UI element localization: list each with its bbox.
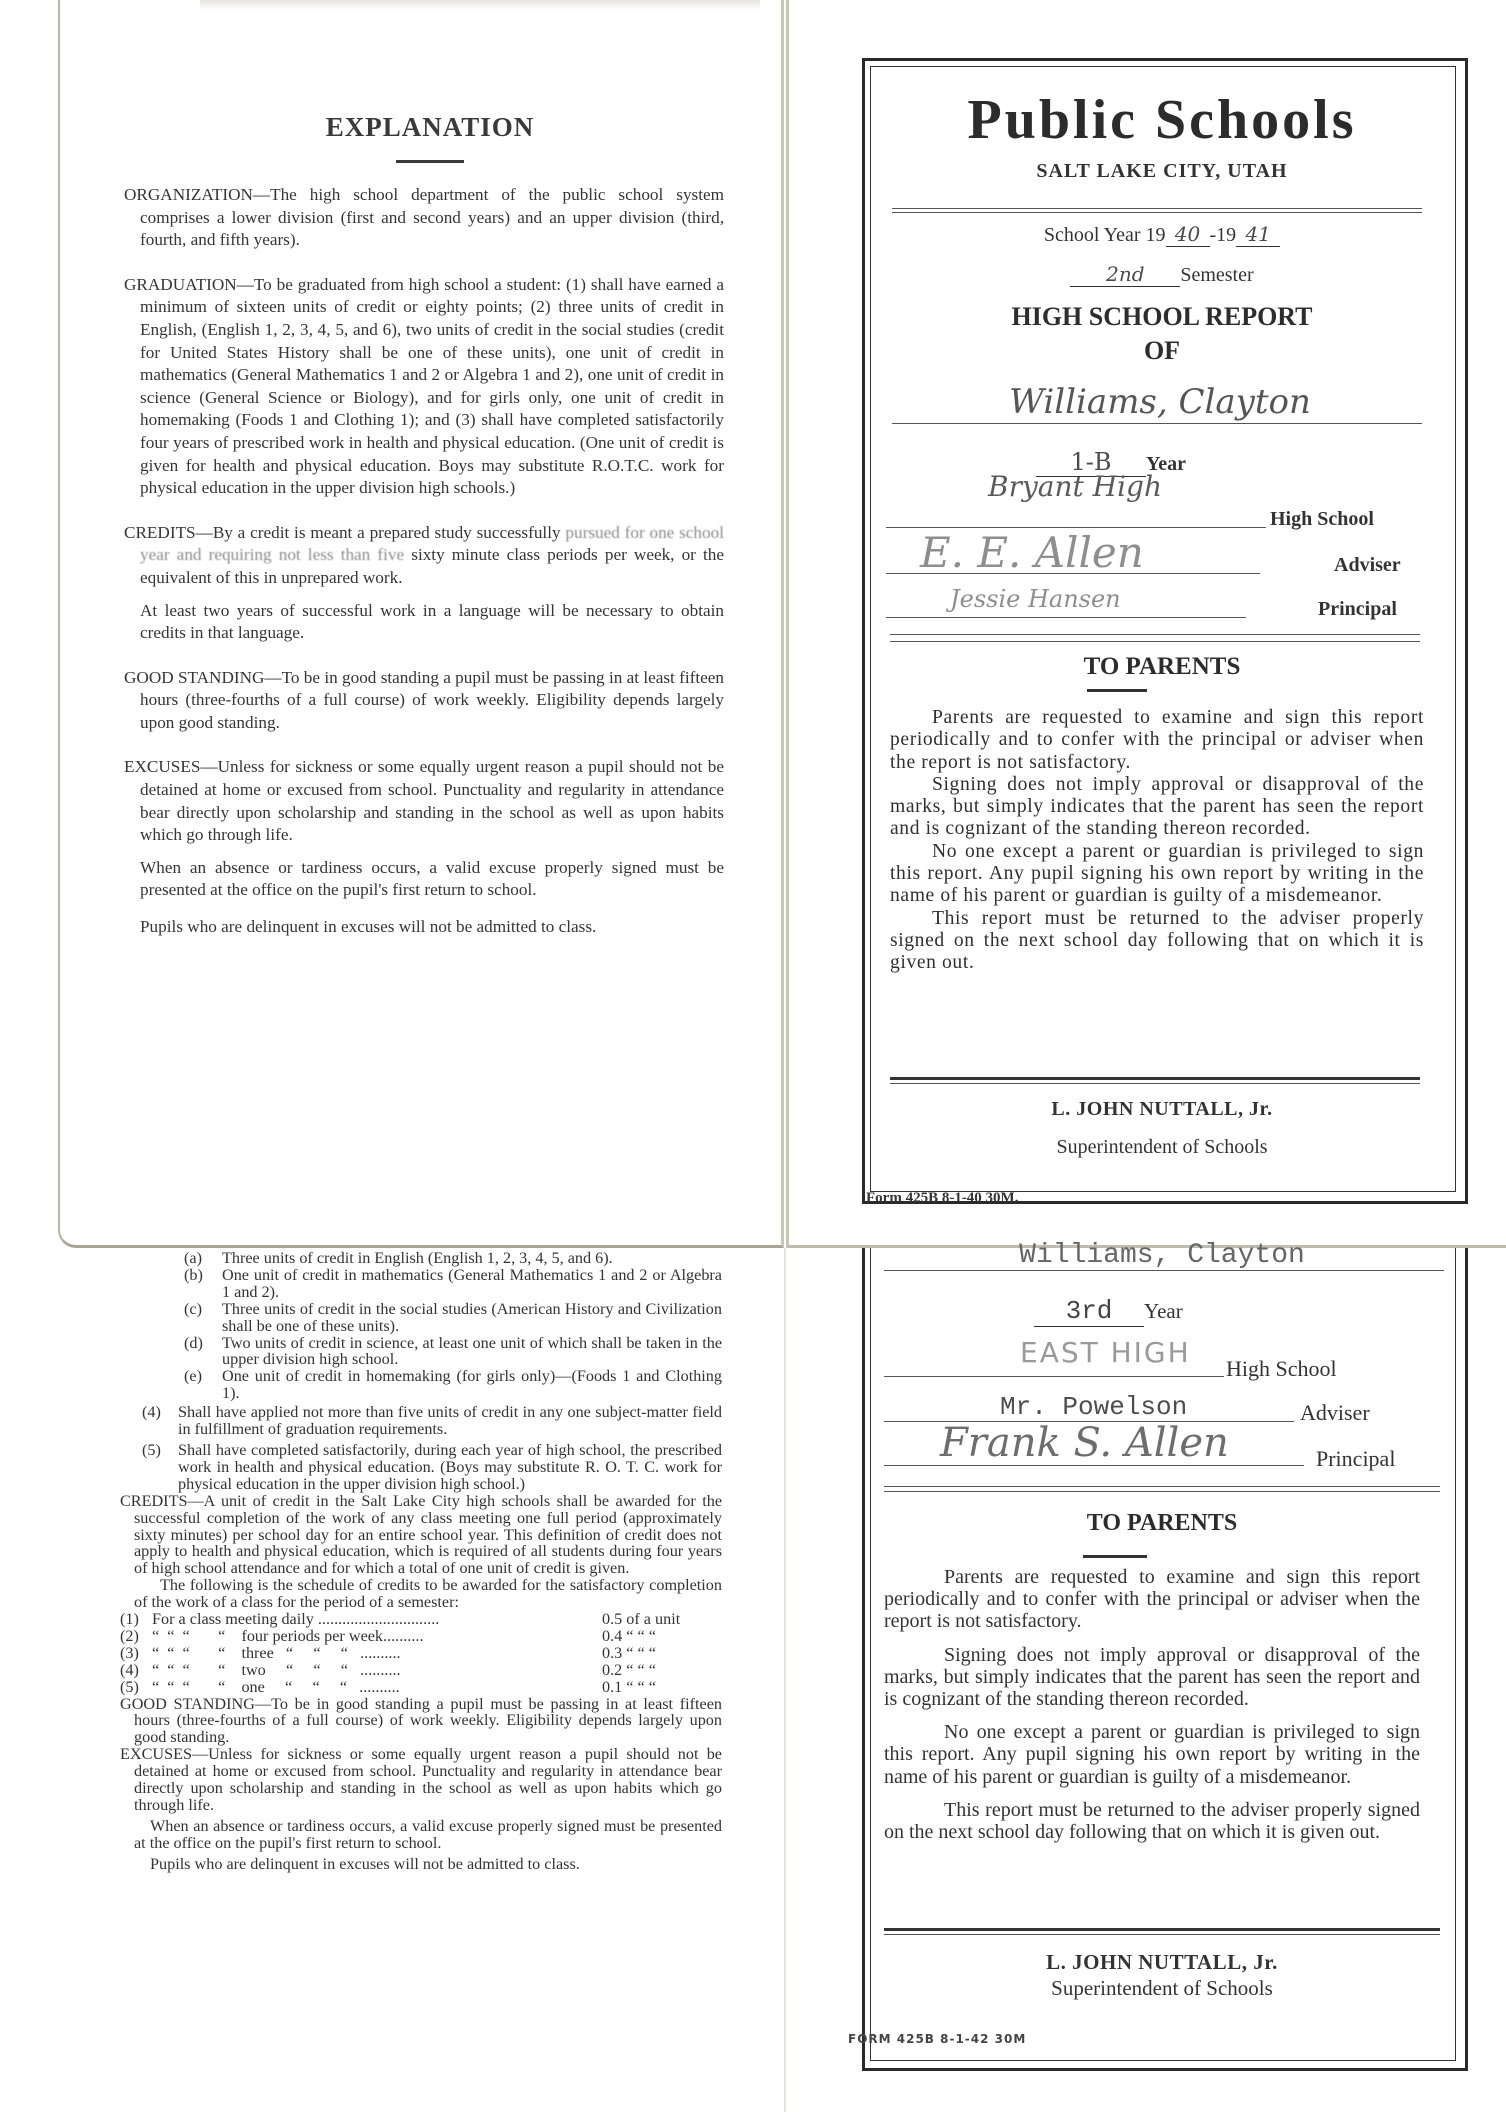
high-school-label: High School xyxy=(1270,508,1374,531)
credits-text-line1: By a credit is meant a prepared study su… xyxy=(213,523,561,542)
organization-section: ORGANIZATION—The high school department … xyxy=(124,184,724,252)
requirement-e: (e)One unit of credit in homemaking (for… xyxy=(120,1368,722,1402)
credits-heading-2: CREDITS xyxy=(120,1492,187,1510)
schedule-row: (5)“ “ “ “ one “ “ “ ..........0.1 “ “ “ xyxy=(120,1679,722,1696)
superintendent-name-2: L. JOHN NUTTALL, Jr. xyxy=(870,1950,1454,1975)
principal-line-2 xyxy=(884,1465,1304,1466)
credits-heading: CREDITS xyxy=(124,523,196,542)
student-name-line xyxy=(892,423,1422,424)
to-parents-rule-2 xyxy=(1083,1555,1147,1558)
explanation-title: EXPLANATION xyxy=(120,112,740,143)
semester-label: Semester xyxy=(1180,264,1253,286)
student-name-line-2 xyxy=(884,1270,1444,1271)
school-year-row: School Year 1940-1941 xyxy=(870,222,1454,247)
high-school-label-2: High School xyxy=(1226,1356,1337,1382)
school-name-field: Bryant High xyxy=(988,470,1162,503)
footer-double-rule xyxy=(890,1077,1420,1084)
header-rule xyxy=(892,208,1422,209)
good-standing-section: GOOD STANDING—To be in good standing a p… xyxy=(124,667,724,735)
adviser-label-2: Adviser xyxy=(1300,1400,1370,1426)
section-rule-4 xyxy=(884,1491,1440,1492)
requirement-4: (4)Shall have applied not more than five… xyxy=(120,1404,722,1438)
form-number-2: FORM 425B 8-1-42 30M xyxy=(848,2032,1026,2046)
form-number: Form 425B 8-1-40 30M. xyxy=(866,1190,1018,1207)
excuses-text: Unless for sickness or some equally urge… xyxy=(140,757,724,844)
year-field-2: 3rd xyxy=(1034,1296,1144,1327)
principal-signature-2: Frank S. Allen xyxy=(940,1420,1229,1466)
parents-paragraph-2: Signing does not imply approval or disap… xyxy=(890,774,1424,841)
excuses-section: EXCUSES—Unless for sickness or some equa… xyxy=(124,756,724,846)
parents-paragraph-1: Parents are requested to examine and sig… xyxy=(890,707,1424,774)
student-name-typed: Williams, Clayton xyxy=(870,1240,1454,1271)
good-standing-heading: GOOD STANDING xyxy=(124,668,264,687)
to-parents-rule xyxy=(1087,689,1147,692)
parents-paragraph-1: Parents are requested to examine and sig… xyxy=(884,1566,1420,1633)
location-subtitle: SALT LAKE CITY, UTAH xyxy=(870,160,1454,183)
to-parents-heading: TO PARENTS xyxy=(870,653,1454,681)
absence-note: When an absence or tardiness occurs, a v… xyxy=(124,857,724,902)
report-heading: HIGH SCHOOL REPORT xyxy=(870,302,1454,332)
schedule-row: (2)“ “ “ “ four periods per week........… xyxy=(120,1628,722,1645)
principal-label-2: Principal xyxy=(1316,1446,1395,1472)
requirement-a: (a)Three units of credit in English (Eng… xyxy=(120,1250,722,1267)
good-standing-section-2: GOOD STANDING—To be in good standing a p… xyxy=(120,1696,722,1747)
requirements-body: (a)Three units of credit in English (Eng… xyxy=(120,1250,722,1873)
public-schools-title: Public Schools xyxy=(870,88,1454,152)
superintendent-name: L. JOHN NUTTALL, Jr. xyxy=(870,1098,1454,1121)
schedule-row: (4)“ “ “ “ two “ “ “ ..........0.2 “ “ “ xyxy=(120,1662,722,1679)
requirement-b: (b)One unit of credit in mathematics (Ge… xyxy=(120,1267,722,1301)
credits-definition: CREDITS—A unit of credit in the Salt Lak… xyxy=(120,1493,722,1578)
excuses-heading: EXCUSES xyxy=(124,757,200,776)
parents-paragraph-2: Signing does not imply approval or disap… xyxy=(884,1644,1420,1711)
to-parents-text-2: Parents are requested to examine and sig… xyxy=(884,1566,1420,1854)
superintendent-title: Superintendent of Schools xyxy=(870,1136,1454,1159)
section-rule-2 xyxy=(890,641,1420,642)
adviser-signature: E. E. Allen xyxy=(920,528,1144,577)
semester-row: 2ndSemester xyxy=(870,262,1454,287)
section-rule-1 xyxy=(890,634,1420,635)
fold-crease xyxy=(784,1248,786,2112)
student-name-field: Williams, Clayton xyxy=(960,382,1360,422)
parents-paragraph-3: No one except a parent or guardian is pr… xyxy=(890,841,1424,908)
adviser-typed: Mr. Powelson xyxy=(1000,1392,1187,1422)
organization-heading: ORGANIZATION xyxy=(124,185,253,204)
principal-line xyxy=(886,617,1246,618)
principal-label: Principal xyxy=(1318,598,1397,621)
absence-note-2: When an absence or tardiness occurs, a v… xyxy=(120,1818,722,1852)
principal-signature: Jessie Hansen xyxy=(950,585,1121,613)
year-label-2: Year xyxy=(1144,1299,1183,1323)
schedule-row: (1)For a class meeting daily ...........… xyxy=(120,1611,722,1628)
requirement-d: (d)Two units of credit in science, at le… xyxy=(120,1335,722,1369)
schedule-intro: The following is the schedule of credits… xyxy=(120,1577,722,1611)
language-note: At least two years of successful work in… xyxy=(124,600,724,645)
school-line-2 xyxy=(884,1376,1224,1377)
header-rule-2 xyxy=(892,212,1422,213)
report-of: OF xyxy=(870,336,1454,366)
excuses-section-2: EXCUSES—Unless for sickness or some equa… xyxy=(120,1746,722,1814)
school-year-separator: -19 xyxy=(1210,224,1237,246)
delinquent-note-2: Pupils who are delinquent in excuses wil… xyxy=(120,1856,722,1873)
parents-paragraph-3: No one except a parent or guardian is pr… xyxy=(884,1721,1420,1788)
to-parents-text: Parents are requested to examine and sig… xyxy=(890,707,1424,975)
adviser-label: Adviser xyxy=(1334,554,1401,577)
requirement-c: (c)Three units of credit in the social s… xyxy=(120,1301,722,1335)
to-parents-heading-2: TO PARENTS xyxy=(870,1510,1454,1537)
section-rule-3 xyxy=(884,1486,1440,1487)
graduation-text: To be graduated from high school a stude… xyxy=(140,275,724,497)
parents-paragraph-4: This report must be returned to the advi… xyxy=(890,908,1424,975)
school-year-start-field: 40 xyxy=(1166,222,1210,247)
graduation-section: GRADUATION—To be graduated from high sch… xyxy=(124,274,724,500)
credits-section: CREDITS—By a credit is meant a prepared … xyxy=(124,522,724,590)
school-year-end-field: 41 xyxy=(1236,222,1280,247)
credit-schedule: (1)For a class meeting daily ...........… xyxy=(120,1611,722,1696)
credits-definition-text: A unit of credit in the Salt Lake City h… xyxy=(134,1492,722,1578)
paper-smudge xyxy=(200,0,760,10)
parents-paragraph-4: This report must be returned to the advi… xyxy=(884,1799,1420,1843)
explanation-body: ORGANIZATION—The high school department … xyxy=(124,184,724,953)
graduation-heading: GRADUATION xyxy=(124,275,237,294)
superintendent-title-2: Superintendent of Schools xyxy=(870,1976,1454,2001)
adviser-line xyxy=(886,573,1260,574)
footer-double-rule-2 xyxy=(884,1928,1440,1935)
semester-field: 2nd xyxy=(1070,262,1180,287)
school-stamp: EAST HIGH xyxy=(1020,1336,1191,1369)
delinquent-note: Pupils who are delinquent in excuses wil… xyxy=(124,916,724,939)
title-rule xyxy=(396,160,464,163)
requirement-5: (5)Shall have completed satisfactorily, … xyxy=(120,1442,722,1493)
school-year-label: School Year 19 xyxy=(1044,224,1166,246)
year-row-2: 3rdYear xyxy=(1034,1296,1183,1327)
schedule-row: (3)“ “ “ “ three “ “ “ ..........0.3 “ “… xyxy=(120,1645,722,1662)
